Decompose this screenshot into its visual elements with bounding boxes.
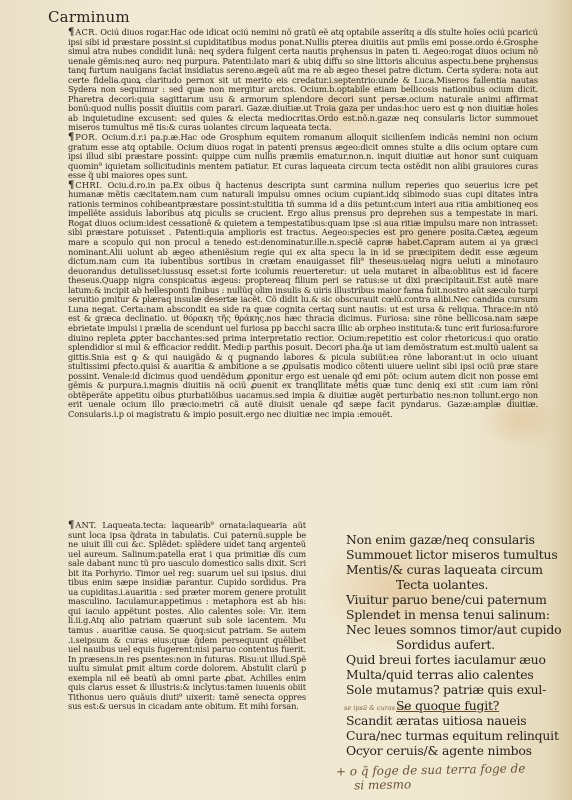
- commentary-paragraph-acr: ¶ACR. Ociú diuos rogar.Hac ode idicat oc…: [68, 28, 538, 133]
- running-head: Carminum: [48, 8, 130, 26]
- verse-line: Scandit æratas uitiosa naueis: [346, 713, 566, 728]
- commentary-block: ¶ACR. Ociú diuos rogar.Hac ode idicat oc…: [68, 28, 538, 419]
- commentator-tag: ANT.: [75, 520, 96, 530]
- verse-line: Viuitur paruo bene/cui paternum: [346, 592, 566, 607]
- verse-line: Mentis/& curas laqueata circum: [346, 562, 566, 577]
- verse-line: Splendet in mensa tenui salinum:: [346, 607, 566, 622]
- verse-line: Tecta uolantes.: [346, 577, 566, 592]
- verse-line: Multa/quid terras alio calentes: [346, 667, 566, 682]
- verse-line: Sole mutamus? patriæ quis exul-: [346, 682, 566, 697]
- verse-line: Sordidus aufert.: [346, 637, 566, 652]
- commentary-paragraph-cant: ¶ANT. Laqueata.tecta: laquearib⁹ ornata:…: [68, 521, 306, 712]
- commentary-column-left: ¶ANT. Laqueata.tecta: laquearib⁹ ornata:…: [68, 521, 306, 712]
- verse-line: Ocyor ceruis/& agente nimbos: [346, 743, 566, 758]
- verse-column: Non enim gazæ/neq consularis Summouet li…: [346, 532, 566, 758]
- commentator-tag: POR.: [75, 132, 97, 142]
- commentary-paragraph-por: ¶POR. Ocium.d.r.i pa.p.æ.Hac ode Grosphu…: [68, 133, 538, 181]
- verse-line: Quid breui fortes iaculamur æuo: [346, 652, 566, 667]
- handwritten-line: si mesmo: [336, 775, 526, 792]
- commentator-tag: CHRI.: [75, 180, 102, 190]
- verse-line: Non enim gazæ/neq consularis: [346, 532, 566, 547]
- marginal-annotation: se ipsũ & curas eius: [344, 704, 411, 712]
- commentator-tag: ACR.: [75, 27, 97, 37]
- commentary-text: Laqueata.tecta: laquearib⁹ ornata:laquea…: [68, 520, 306, 711]
- handwritten-note: + o q̃ foge de sua terra foge de si mesm…: [336, 761, 526, 792]
- verse-line: Cura/nec turmas equitum relinquit: [346, 728, 566, 743]
- commentary-paragraph-chri: ¶CHRI. Ociu.d.ro.in pa.Ex oibus q̃ hacte…: [68, 181, 538, 420]
- manuscript-page: Carminum ¶ACR. Ociú diuos rogar.Hac ode …: [0, 0, 572, 800]
- verse-line: Nec leues somnos timor/aut cupido: [346, 622, 566, 637]
- commentary-text: Ociú diuos rogar.Hac ode idicat ociú nem…: [68, 27, 538, 132]
- commentary-text: Ocium.d.r.i pa.p.æ.Hac ode Grosphum equi…: [68, 132, 538, 180]
- verse-line: Summouet lictor miseros tumultus: [346, 547, 566, 562]
- commentary-text: Ociu.d.ro.in pa.Ex oibus q̃ hactenus des…: [68, 180, 538, 419]
